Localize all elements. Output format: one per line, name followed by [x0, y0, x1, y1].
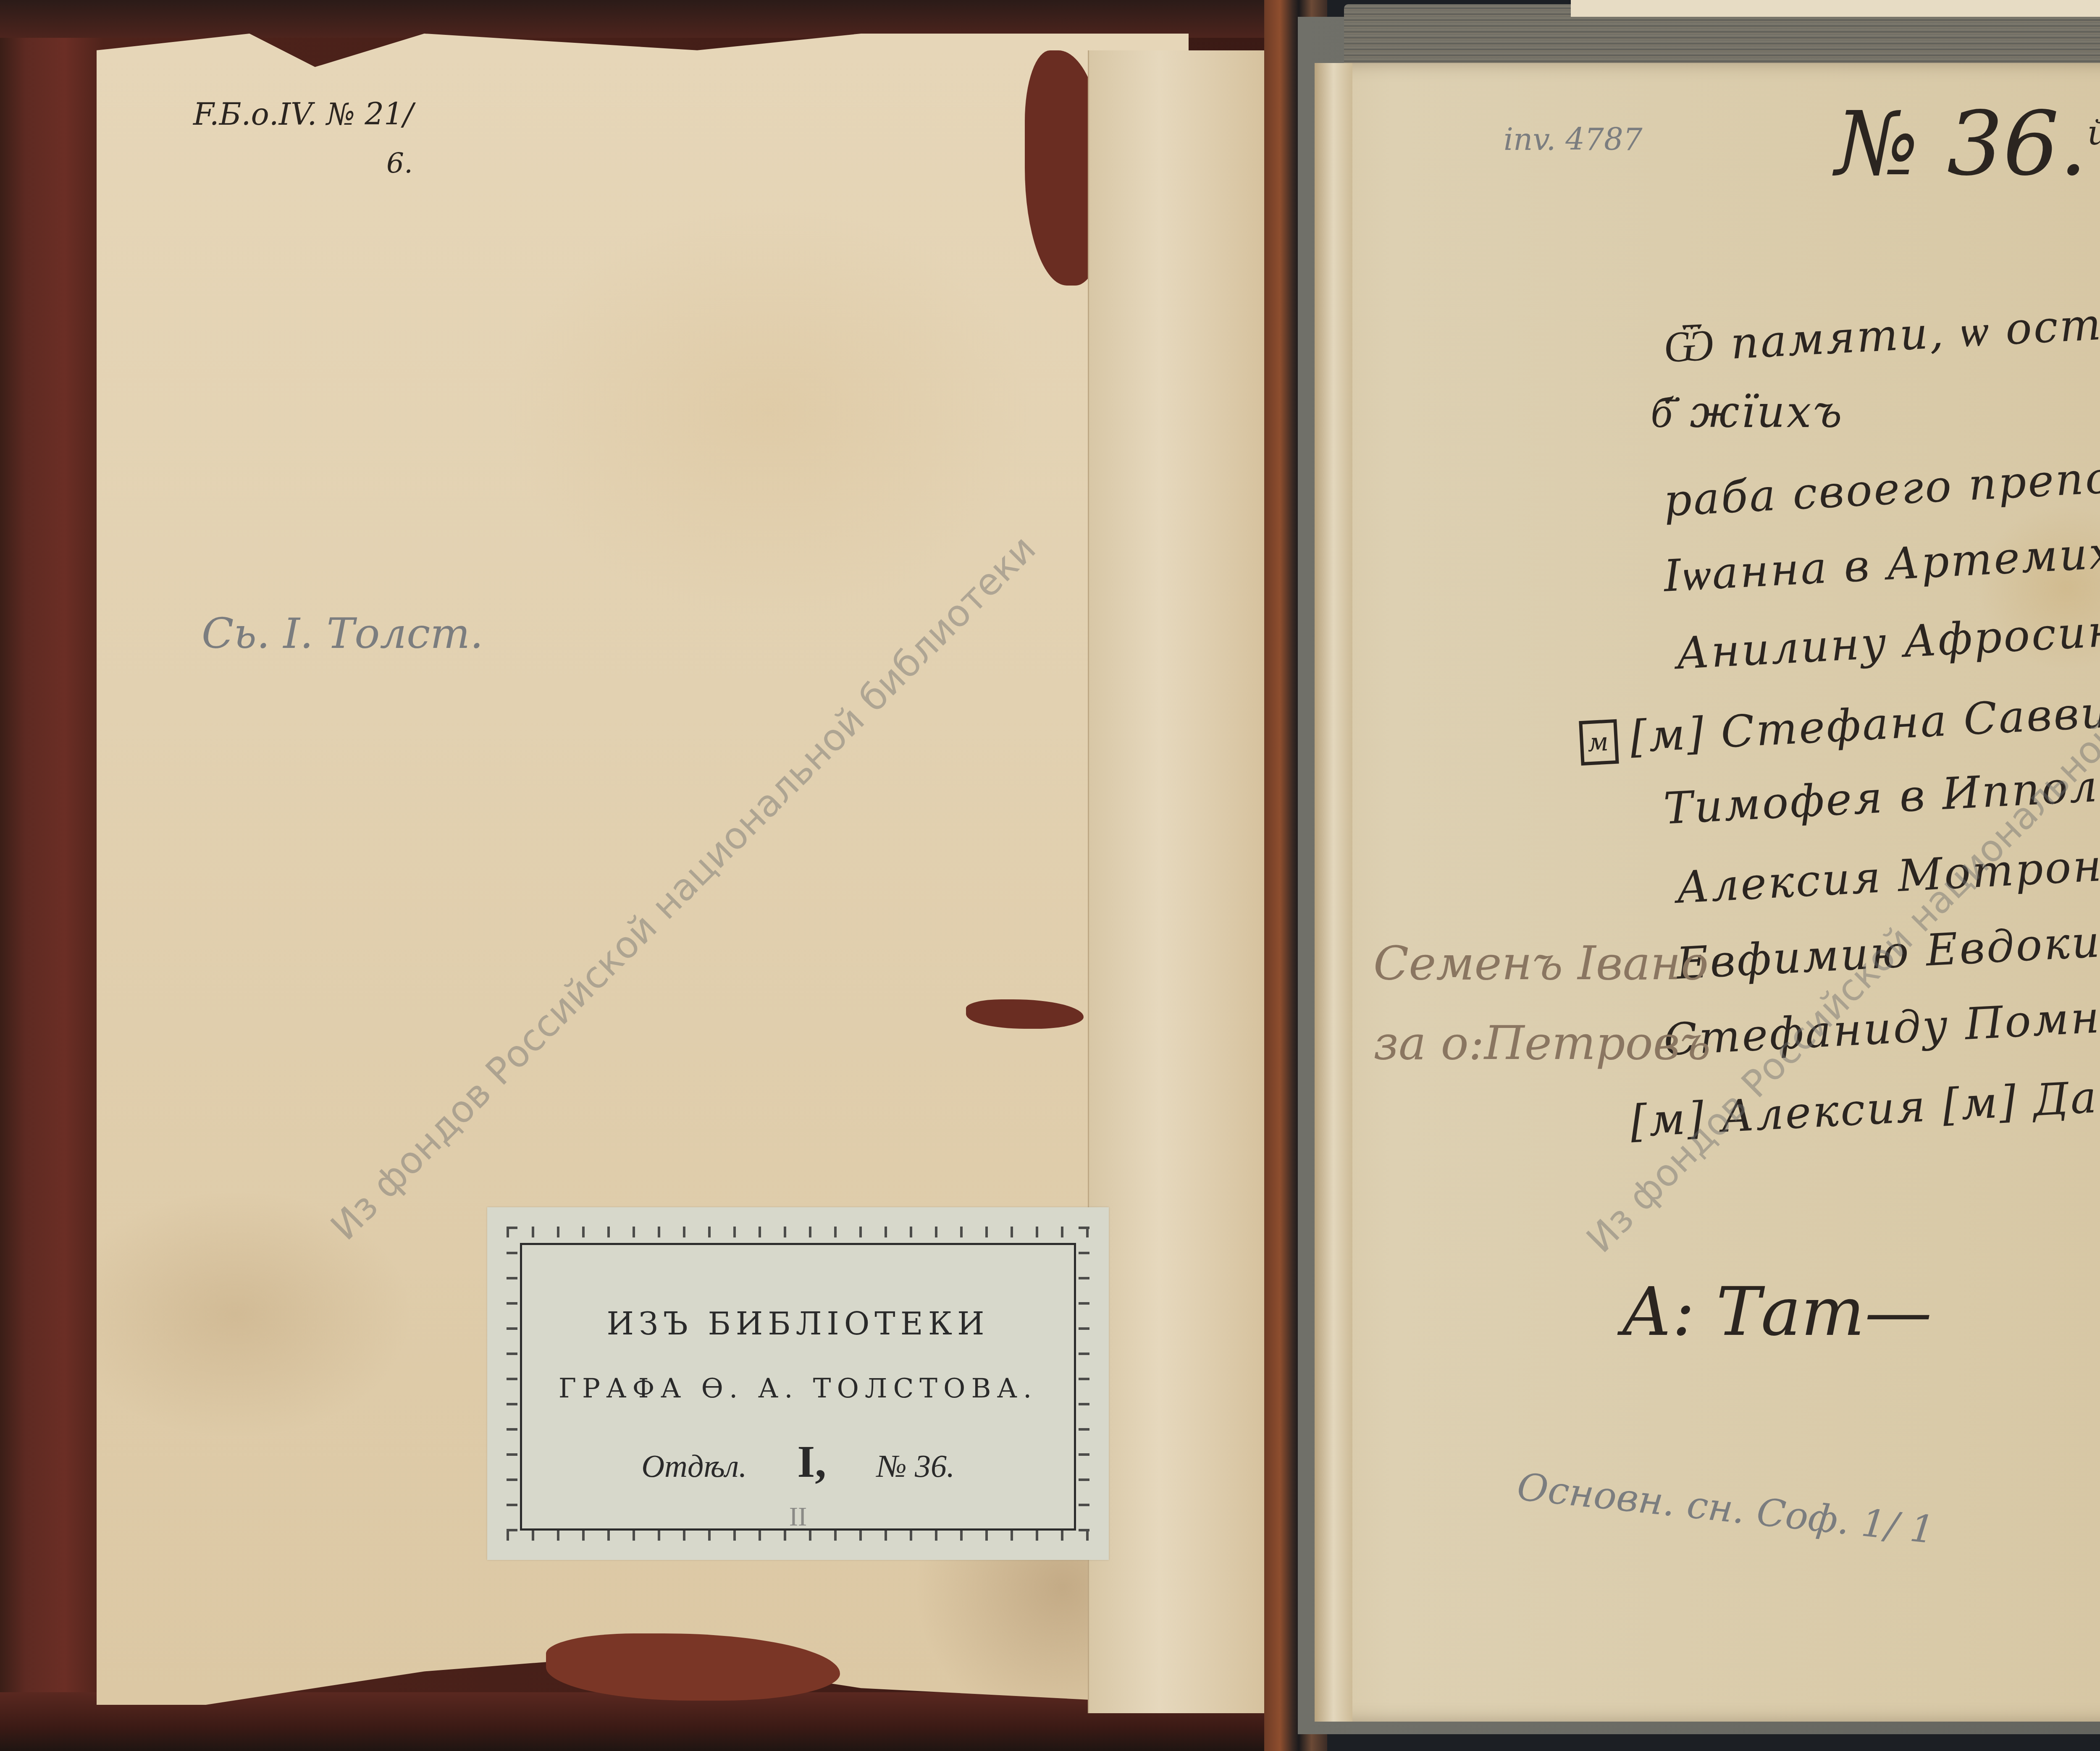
bookplate-number-value: 36. [915, 1449, 955, 1484]
number-superscript: й [2087, 113, 2100, 152]
shelfmark-ink: F.Б.о.IV. № 21/ [193, 97, 413, 132]
book-opening: F.Б.о.IV. № 21/ 6. Сь. I. Толст. ИЗЪ БИБ… [0, 0, 2100, 1751]
rubric-bracket-icon: м [1579, 719, 1619, 765]
bookplate-line-owner: ГРАФА Ѳ. А. ТОЛСТОВА. [487, 1373, 1109, 1404]
bookplate: ИЗЪ БИБЛІОТЕКИ ГРАФА Ѳ. А. ТОЛСТОВА. Отд… [487, 1207, 1109, 1560]
number-heading-text: № 36. [1835, 92, 2087, 195]
shelfmark-ink-sub: 6. [386, 147, 413, 179]
pencil-collection-note: Сь. I. Толст. [202, 609, 483, 658]
manuscript-number-heading: № 36.й [1835, 92, 2100, 195]
bookplate-dept-label: Отдѣл. [641, 1448, 747, 1485]
flyleaf-stub [1088, 50, 1264, 1713]
signature: А: Тат— [1621, 1272, 1932, 1351]
paper-slip [1571, 0, 2100, 17]
brown-ink-note-line1: Семенъ Івано [1373, 936, 1709, 990]
bookplate-dept-value: I, [797, 1436, 826, 1488]
brown-ink-note-line2: за о:Петровъ [1373, 1016, 1711, 1070]
bookplate-line-library: ИЗЪ БИБЛІОТЕКИ [487, 1306, 1109, 1342]
bookplate-line-classification: Отдѣл. I, № 36. [487, 1436, 1109, 1488]
bookplate-number-label: № [877, 1449, 907, 1484]
binding-top-edge [0, 0, 1294, 38]
bookplate-number: № 36. [877, 1448, 955, 1485]
page-inner-margin [1315, 63, 1352, 1722]
pencil-inventory-number: inv. 4787 [1504, 122, 1643, 157]
manuscript-line: б҃ жїихъ [1651, 386, 1844, 438]
bookplate-pencil-numeral: II [487, 1501, 1109, 1532]
